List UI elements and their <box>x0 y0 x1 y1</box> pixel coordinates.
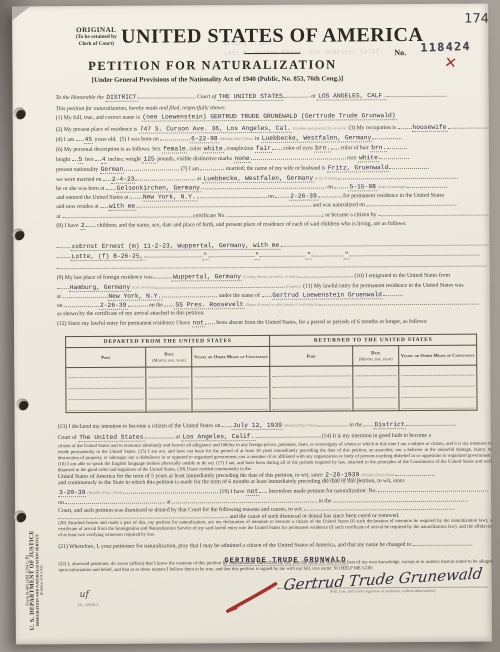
table-empty-cell <box>192 389 270 400</box>
table-empty-cell <box>353 366 399 378</box>
table-empty-cell <box>353 388 399 399</box>
date-sublabel: (Month, day, year) <box>146 357 191 363</box>
col-header-vessel-2: Vessel or Other Means of Conveyance <box>399 345 477 365</box>
table-empty-cell <box>399 377 477 388</box>
table-empty-cell <box>399 365 477 377</box>
document-subtitle: PETITION FOR NATURALIZATION <box>42 57 382 74</box>
hole-punch <box>14 107 26 119</box>
paragraph-items-14-18: citizen of the United States and to reno… <box>58 442 492 472</box>
date-label: Date <box>164 351 173 356</box>
table-empty-cell <box>192 366 270 378</box>
paragraph-item-20: (20) Attached hereto and made a part of … <box>58 519 492 540</box>
honorable-court-line: To the Honorable the DISTRICT Court of T… <box>56 91 490 104</box>
shows-text: This petition for naturalization, hereby… <box>56 105 226 112</box>
table-empty-cell <box>270 388 353 400</box>
handwritten-page-number: 174 <box>464 11 489 26</box>
petition-document-paper: Irving Frisch 1815 S. Walton Place, Los … <box>12 4 492 645</box>
table-empty-cell <box>66 379 146 390</box>
field-absences: (12) Since my lawful entry for permanent… <box>57 317 491 330</box>
col-header-date-2: Date(Month, day, year) <box>353 346 399 366</box>
table-empty-cell <box>192 400 270 412</box>
page-corner-fold <box>12 6 30 20</box>
red-x-mark-icon: ✕ <box>443 53 458 73</box>
col-header-port: Port <box>66 347 146 367</box>
table-empty-cell <box>192 378 270 389</box>
table-empty-cell <box>66 367 146 379</box>
table-empty-cell <box>399 388 477 399</box>
table-empty-cell <box>399 399 477 411</box>
table-empty-cell <box>146 378 192 389</box>
document-title: UNITED STATES OF AMERICA <box>98 24 446 49</box>
table-empty-cell <box>146 389 192 400</box>
hole-punch <box>16 398 28 410</box>
table-empty-cell <box>66 390 146 401</box>
handwritten-initials: uf <box>80 590 89 600</box>
nationality-act-line: [Under General Provisions of the Nationa… <box>42 75 392 84</box>
table-empty-cell <box>146 400 192 412</box>
edition-note: (Edition of 9-1-42) <box>39 516 44 644</box>
table-empty-cell <box>270 366 353 378</box>
table-empty-cell <box>66 401 146 413</box>
date-label: Date <box>371 350 380 355</box>
field-children-count: (8) I have 2 children; and the name, sex… <box>56 219 490 232</box>
table-row <box>66 399 477 413</box>
left-margin-imprint: Form N-405 (Old 2204 L-B) U. S. DEPARTME… <box>24 516 44 644</box>
petition-no-label: No. <box>394 48 406 57</box>
col-header-date: Date(Month, day, year) <box>146 347 192 367</box>
table-empty-cell <box>353 399 399 411</box>
red-check-arrow-icon <box>224 581 280 615</box>
scanned-document-page: { "header": { "page_number": "174", "no_… <box>0 0 500 652</box>
hole-punch <box>12 228 24 240</box>
table-empty-cell <box>270 377 353 389</box>
print-code: 16—19126-1 <box>78 603 99 607</box>
col-header-vessel: Vessel or Other Means of Conveyance <box>192 346 270 366</box>
table-empty-cell <box>270 399 353 411</box>
absence-table: DEPARTED FROM THE UNITED STATES RETURNED… <box>65 334 477 414</box>
table-empty-cell <box>146 367 192 379</box>
col-header-port-2: Port <box>270 346 353 367</box>
table-empty-cell <box>353 377 399 388</box>
date-sublabel: (Month, day, year) <box>353 356 398 362</box>
hole-punch <box>14 510 26 522</box>
petitioner-signature-block: Gertrud Trude Grunewald (Full, true, and… <box>278 570 488 594</box>
